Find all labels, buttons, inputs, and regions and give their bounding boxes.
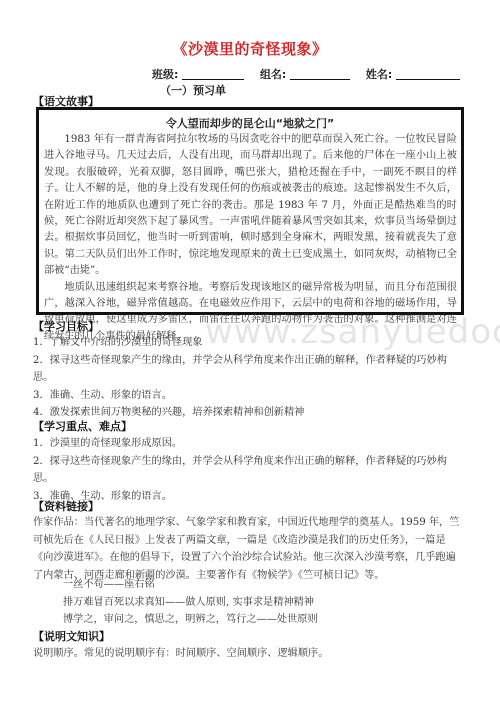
key-points-section-heading: 【学习重点、难点】: [33, 418, 132, 434]
goal-item: 3．准确、生动、形象的语言。: [33, 387, 463, 405]
class-label: 班级:: [152, 66, 178, 82]
resources-paragraph: 作家作品：当代著名的地理学家、气象学家和教育家，中国近代地理学的奠基人。1959…: [33, 514, 463, 584]
story-box: 令人望而却步的昆仑山“地狱之门” 1983 年有一群青海省阿拉尔牧场的马因贪吃谷…: [36, 107, 464, 315]
group-label: 组名:: [260, 66, 286, 82]
expository-section-heading: 【说明文知识】: [33, 628, 110, 644]
story-body: 1983 年有一群青海省阿拉尔牧场的马因贪吃谷中的肥草而误入死亡谷。一位牧民冒险…: [39, 131, 461, 345]
document-page: 《沙漠里的奇怪现象》 班级: 组名: 姓名: （一）预习单 【语文故事】 令人望…: [0, 0, 500, 707]
name-blank[interactable]: [396, 69, 460, 80]
document-title: 《沙漠里的奇怪现象》: [0, 38, 500, 59]
key-points-list: 1．沙漠里的奇怪现象形成原因。 2．探寻这些奇怪现象产生的缘由，并学会从科学角度…: [33, 435, 463, 505]
story-title: 令人望而却步的昆仑山“地狱之门”: [39, 115, 461, 131]
resources-section-heading: 【资料链接】: [33, 498, 99, 514]
goal-item: 1．了解文中介绍的沙漠里的奇怪现象: [33, 334, 463, 352]
name-label: 姓名:: [366, 66, 392, 82]
class-blank[interactable]: [182, 69, 244, 80]
group-blank[interactable]: [290, 69, 350, 80]
goal-item: 2．探寻这些奇怪现象产生的缘由，并学会从科学角度来作出正确的解释，作者释疑的巧妙…: [33, 352, 463, 387]
preview-sheet-heading: （一）预习单: [160, 82, 226, 98]
expository-text: 说明顺序。常见的说明顺序有：时间顺序、空间顺序、逻辑顺序。: [33, 645, 463, 663]
expository-text-block: 说明顺序。常见的说明顺序有：时间顺序、空间顺序、逻辑顺序。: [33, 645, 463, 663]
key-point-item: 2．探寻这些奇怪现象产生的缘由，并学会从科学角度来作出正确的解释，作者释疑的巧妙…: [33, 453, 463, 488]
key-point-item: 1．沙漠里的奇怪现象形成原因。: [33, 435, 463, 453]
motto-item: 一丝不苟——座右铭: [63, 576, 318, 594]
student-info-row: 班级: 组名: 姓名:: [152, 66, 460, 82]
story-paragraph: 1983 年有一群青海省阿拉尔牧场的马因贪吃谷中的肥草而误入死亡谷。一位牧民冒险…: [44, 132, 457, 280]
mottos-list: 一丝不苟——座右铭 排万难冒百死以求真知——做人原则, 实事求是精神精神 博学之…: [63, 576, 318, 629]
resources-text: 作家作品：当代著名的地理学家、气象学家和教育家，中国近代地理学的奠基人。1959…: [33, 514, 463, 584]
goals-list: 1．了解文中介绍的沙漠里的奇怪现象 2．探寻这些奇怪现象产生的缘由，并学会从科学…: [33, 334, 463, 422]
goals-section-heading: 【学习目标】: [33, 318, 99, 334]
motto-item: 博学之，审问之，慎思之，明辨之，笃行之——处世原则: [63, 611, 318, 629]
motto-item: 排万难冒百死以求真知——做人原则, 实事求是精神精神: [63, 594, 318, 612]
